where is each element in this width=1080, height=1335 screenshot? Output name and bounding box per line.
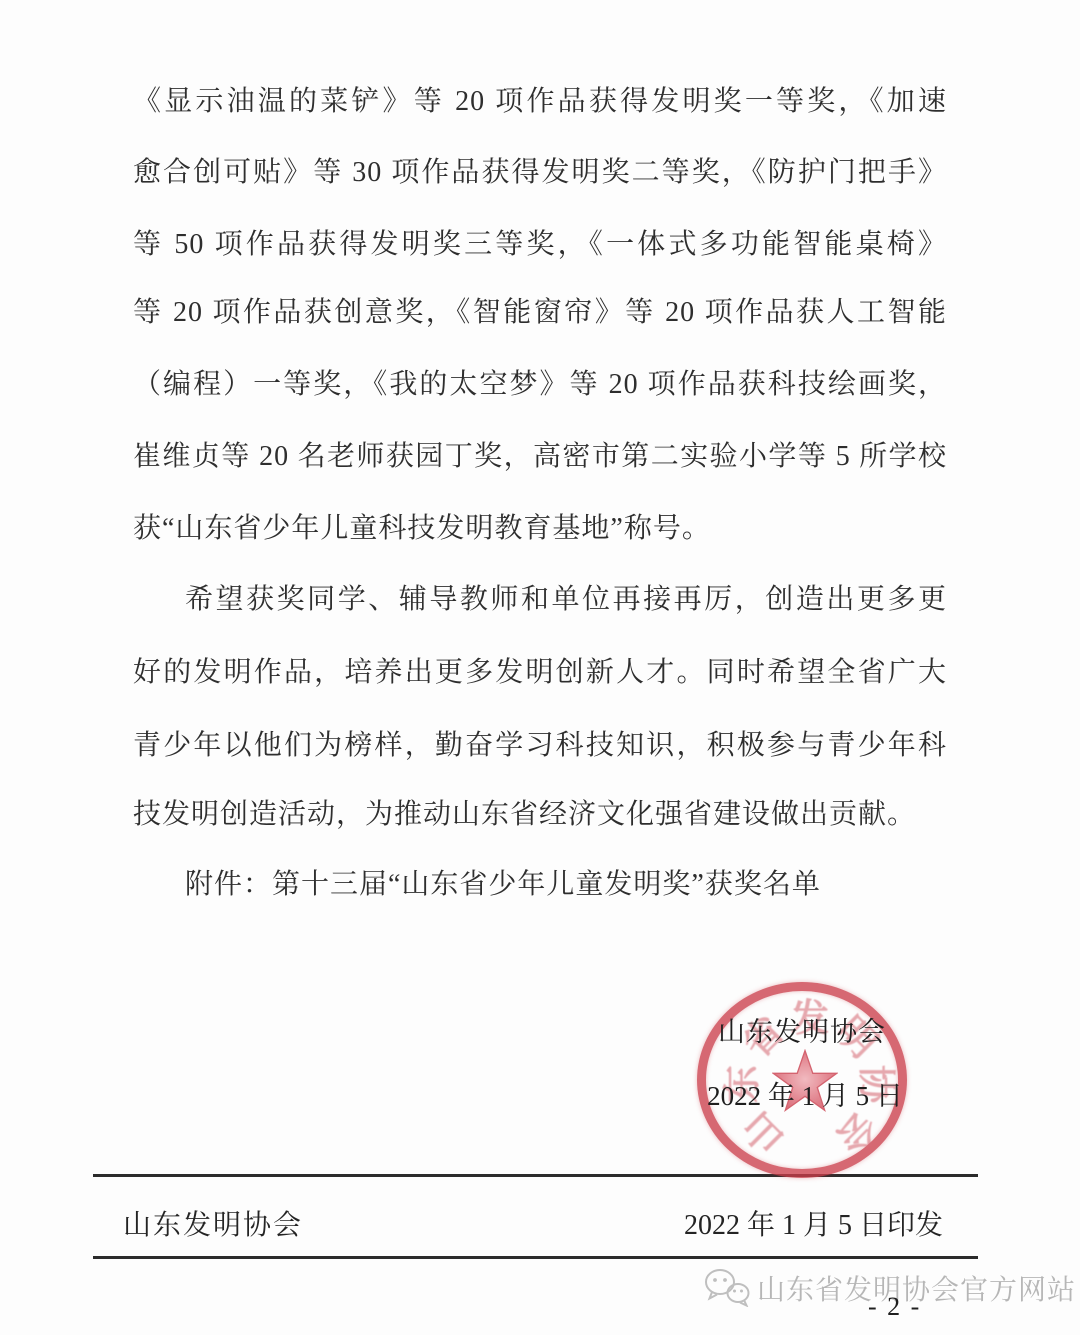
footer-issue-date: 2022 年 1 月 5 日印发 (684, 1203, 943, 1243)
attachment-line: 附件：第十三届“山东省少年儿童发明奖”获奖名单 (133, 865, 947, 907)
body-line: 愈合创可贴》等 30 项作品获得发明奖二等奖，《防护门把手》 (133, 153, 947, 195)
body-line: 技发明创造活动，为推动山东省经济文化强省建设做出贡献。 (133, 795, 947, 837)
seal-arc-char: 会 (829, 1105, 883, 1159)
body-line: 获“山东省少年儿童科技发明教育基地”称号。 (133, 509, 947, 551)
footer-divider-bottom (93, 1256, 978, 1259)
body-line: 青少年以他们为榜样，勤奋学习科技知识，积极参与青少年科 (133, 726, 947, 768)
page-number: - 2 - (868, 1292, 921, 1322)
body-line: 好的发明作品，培养出更多发明创新人才。同时希望全省广大 (133, 653, 947, 695)
body-line: 等 50 项作品获得发明奖三等奖，《一体式多功能智能桌椅》 (133, 225, 947, 267)
wechat-icon (703, 1267, 751, 1307)
document-page: 《显示油温的菜铲》等 20 项作品获得发明奖一等奖，《加速 愈合创可贴》等 30… (0, 0, 1080, 1335)
body-line: 希望获奖同学、辅导教师和单位再接再厉，创造出更多更 (133, 580, 947, 622)
seal-arc-char: 山 (737, 1105, 791, 1159)
body-line: （编程）一等奖，《我的太空梦》等 20 项作品获科技绘画奖， (133, 365, 947, 407)
body-line: 崔维贞等 20 名老师获园丁奖，高密市第二实验小学等 5 所学校 (133, 437, 947, 479)
body-line: 等 20 项作品获创意奖，《智能窗帘》等 20 项作品获人工智能 (133, 293, 947, 335)
signature-date: 2022 年 1 月 5 日 (660, 1074, 950, 1113)
signature-org: 山东发明协会 (697, 1010, 907, 1049)
body-line: 《显示油温的菜铲》等 20 项作品获得发明奖一等奖，《加速 (133, 82, 947, 124)
footer-org: 山东发明协会 (123, 1203, 303, 1243)
footer-divider-top (93, 1174, 978, 1177)
